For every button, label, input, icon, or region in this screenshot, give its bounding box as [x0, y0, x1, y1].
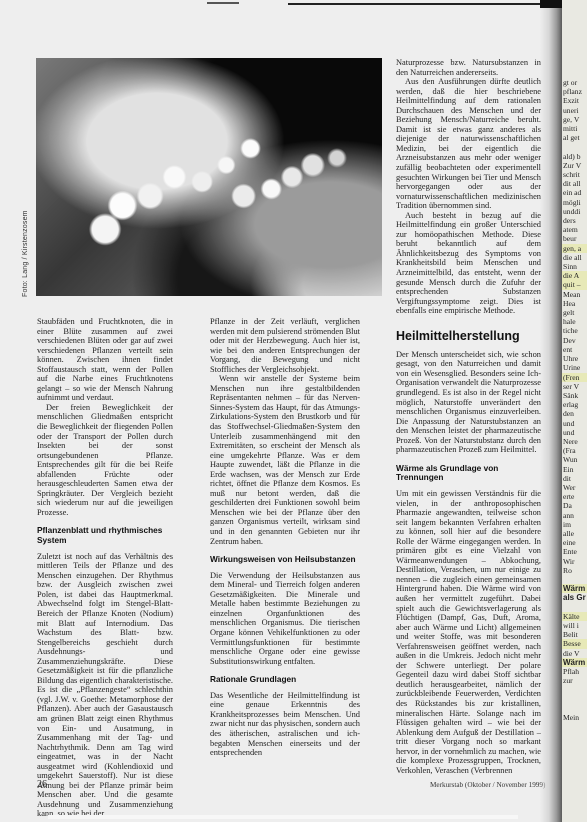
next-page-line: mögli — [562, 198, 587, 207]
next-page-line: Wun — [562, 455, 587, 464]
next-page-line: und — [562, 419, 587, 428]
next-page-line: als Gr — [562, 593, 587, 602]
next-page-line: gen, a — [562, 244, 587, 253]
next-page-line: alle — [562, 529, 587, 538]
next-page-line: unddi — [562, 207, 587, 216]
next-page-line: Uhre — [562, 354, 587, 363]
next-page-line: Wärm — [562, 584, 587, 593]
next-page-line: Ein — [562, 465, 587, 474]
next-page-line — [562, 575, 587, 584]
next-page-line: uneri — [562, 106, 587, 115]
next-page-line: mitti — [562, 124, 587, 133]
next-page-line: Da — [562, 501, 587, 510]
book-gutter-shadow — [540, 0, 562, 822]
page-number: 26 — [37, 779, 47, 790]
issue-footer: Merkurstab (Oktober / November 1999) — [430, 781, 545, 789]
magazine-page: Foto: Lang / Kirstenzosem Staubfäden und… — [0, 0, 560, 822]
next-page-line: Sänk — [562, 391, 587, 400]
next-page-line — [562, 704, 587, 713]
next-page-line: Urine — [562, 363, 587, 372]
top-rule — [288, 3, 558, 5]
next-page-line — [562, 685, 587, 694]
paragraph: Die Verwendung der Heilsubstanzen aus de… — [210, 571, 360, 666]
next-page-line: Wärm — [562, 658, 587, 667]
next-page-line: ent — [562, 345, 587, 354]
next-page-line — [562, 695, 587, 704]
next-page-line: ann — [562, 511, 587, 520]
next-page-line: im — [562, 520, 587, 529]
paragraph: Pflanze in der Zeit verläuft, verglichen… — [210, 317, 360, 374]
subheading: Wirkungsweisen von Heilsubstanzen — [210, 555, 360, 565]
paragraph: Naturprozesse bzw. Natursubstanzen in de… — [396, 58, 541, 77]
left-column: Staubfäden und Fruchtknoten, die in eine… — [37, 317, 173, 819]
next-page-line: gt or — [562, 78, 587, 87]
next-page-line: gelt — [562, 308, 587, 317]
next-page-line: (Fra — [562, 446, 587, 455]
next-page-line: Ente — [562, 547, 587, 556]
next-page-line: die all — [562, 253, 587, 262]
next-page-line: al get — [562, 133, 587, 142]
next-page-line: ein ad — [562, 188, 587, 197]
next-page-line: Besse — [562, 639, 587, 648]
next-page-line: (Fren — [562, 373, 587, 382]
top-rule — [207, 2, 239, 4]
paragraph: Aus den Ausführungen dürfte deutlich wer… — [396, 77, 541, 211]
next-page-line: ald) b — [562, 152, 587, 161]
next-page-strip: gt orpflanzExzitunerige, Vmittial get al… — [562, 0, 587, 822]
next-page-line: quit – — [562, 280, 587, 289]
next-page-line: eine — [562, 538, 587, 547]
next-page-line: Wer — [562, 483, 587, 492]
paragraph: Zuletzt ist noch auf das Verhältnis des … — [37, 552, 173, 819]
next-page-line: Kälte — [562, 612, 587, 621]
next-page-line: Ro — [562, 566, 587, 575]
photo-credit: Foto: Lang / Kirstenzosem — [22, 210, 29, 297]
next-page-line: Zur V — [562, 161, 587, 170]
paragraph: Der Mensch unterscheidet sich, wie schon… — [396, 350, 541, 455]
next-page-line: pflanz — [562, 87, 587, 96]
paragraph: Wenn wir anstelle der Systeme beim Mensc… — [210, 374, 360, 546]
subheading: Pflanzenblatt und rhythmisches System — [37, 526, 173, 545]
paragraph: Staubfäden und Fruchtknoten, die in eine… — [37, 317, 173, 403]
next-page-line — [562, 142, 587, 151]
globuli-photo — [36, 58, 382, 296]
next-page-line: die A — [562, 271, 587, 280]
next-page-line: Pflah — [562, 667, 587, 676]
next-page-line: Exzit — [562, 96, 587, 105]
next-page-line: die V — [562, 649, 587, 658]
section-title: Heilmittelherstellung — [396, 329, 541, 343]
subheading: Wärme als Grundlage von Trennungen — [396, 464, 541, 483]
next-page-line: atem — [562, 225, 587, 234]
next-page-line: Hea — [562, 299, 587, 308]
next-page-line: tiche — [562, 326, 587, 335]
subheading: Rationale Grundlagen — [210, 675, 360, 685]
middle-column: Pflanze in der Zeit verläuft, verglichen… — [210, 317, 360, 758]
next-page-line: Nere — [562, 437, 587, 446]
scan-edge — [48, 815, 518, 819]
next-page-line: erte — [562, 492, 587, 501]
paragraph: Um mit ein gewissen Verständnis für die … — [396, 489, 541, 775]
next-page-line: dit all — [562, 179, 587, 188]
next-page-line: Dev — [562, 336, 587, 345]
next-page-line: ser V — [562, 382, 587, 391]
next-page-line: ders — [562, 216, 587, 225]
paragraph: Das Wesentliche der Heilmittelfindung is… — [210, 691, 360, 758]
next-page-line: beur — [562, 234, 587, 243]
next-page-line: Sinn — [562, 262, 587, 271]
next-page-line: Wir — [562, 557, 587, 566]
next-page-line — [562, 603, 587, 612]
next-page-line: Mein — [562, 713, 587, 722]
next-page-line: schrit — [562, 170, 587, 179]
next-page-line: will i — [562, 621, 587, 630]
next-page-line: zur — [562, 676, 587, 685]
next-page-line: Belit — [562, 630, 587, 639]
right-column: Naturprozesse bzw. Natursubstanzen in de… — [396, 58, 541, 775]
next-page-line: hale — [562, 317, 587, 326]
next-page-line: Mean — [562, 290, 587, 299]
paragraph: Der freien Beweglichkeit der menschliche… — [37, 403, 173, 518]
next-page-line: dit — [562, 474, 587, 483]
next-page-line: erlag — [562, 400, 587, 409]
next-page-line: den — [562, 409, 587, 418]
next-page-line: ge, V — [562, 115, 587, 124]
next-page-line: und — [562, 428, 587, 437]
paragraph: Auch besteht in bezug auf die Heilmittel… — [396, 211, 541, 316]
